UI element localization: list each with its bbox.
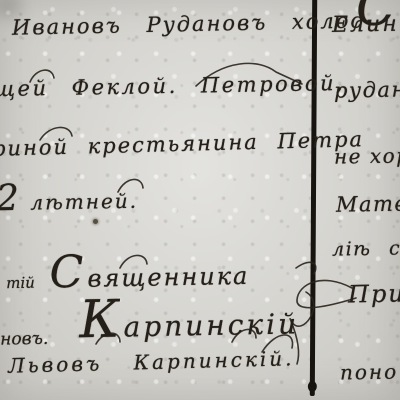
handwriting-line-left-1: Ивановъ Рудановъ холос- <box>12 10 374 39</box>
handwriting-line-left-2: щей Феклой. Петровой, <box>0 73 345 100</box>
handwriting-line-left-4: 2 лѣтней. <box>0 179 138 217</box>
line6-surname: Карпинскiй <box>79 291 299 347</box>
line5-prefix: тiй <box>6 274 35 292</box>
handwriting-line-right-4: Матер <box>336 193 400 216</box>
handwriting-line-left-5: тiй Священника <box>6 248 250 297</box>
line6-prefix: новъ. <box>0 329 48 350</box>
age-word: лѣтней. <box>30 189 138 215</box>
line5-word: Священника <box>49 248 250 296</box>
handwriting-line-right-3: не хор <box>334 145 400 166</box>
handwriting-line-right-7: поно <box>340 361 398 382</box>
handwriting-line-right-1: Елиннъ <box>332 13 400 37</box>
handwriting-line-left-6: новъ. Карпинскiй <box>0 297 300 354</box>
ink-blot <box>93 219 98 224</box>
handwriting-line-right-6: При <box>348 281 400 306</box>
manuscript-scan: С Ивановъ Рудановъ холос- щей Феклой. Пе… <box>0 0 400 400</box>
handwriting-line-left-7: Львовъ Карпинскiй. <box>8 348 295 375</box>
handwriting-line-right-2: рудан <box>334 79 400 101</box>
age-number: 2 <box>0 178 19 219</box>
handwriting-line-right-5: лiѣ с <box>332 239 400 259</box>
handwriting-line-left-3: риной крестьянина Петра <box>0 129 364 160</box>
column-rule-line <box>310 0 317 396</box>
